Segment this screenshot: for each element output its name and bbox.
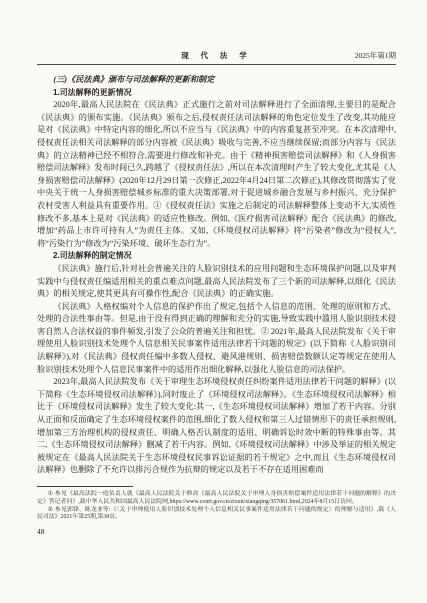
- footnote-2: ②参见郭锋、陈龙业等:《〈关于审理使用人脸识别技术处理个人信息相关民事案件适用法…: [37, 507, 396, 523]
- footnote-1-marker: ①: [48, 491, 53, 497]
- paragraph-3: 《民法典》人格权编对个人信息的保护作出了规定,包括个人信息的范围、处理的原则和方…: [37, 301, 396, 377]
- footnotes: ①参见《最高法院一庭负责人就《最高人民法院关于修改《最高人民法院关于审理人身损害…: [37, 491, 396, 522]
- paragraph-2: 《民法典》施行后,针对社会普遍关注的人脸识别技术的应用问题和生态环境保护问题,以…: [37, 263, 396, 301]
- footnote-separator: [37, 486, 133, 487]
- footnote-2-text: 参见郭锋、陈龙业等:《〈关于审理使用人脸识别技术处理个人信息相关民事案件适用法律…: [37, 507, 396, 521]
- sub-heading-2: 2.司法解释的制定情况: [37, 250, 396, 263]
- article-body: (三)《民法典》颁布与司法解释的更新和制定 1.司法解释的更新情况 2020年,…: [37, 74, 396, 477]
- sub-heading-1: 1.司法解释的更新情况: [37, 87, 396, 100]
- footnote-1-text: 参见《最高法院一庭负责人就《最高人民法院关于修改《最高人民法院关于审理人身损害赔…: [37, 491, 396, 505]
- issue-label: 2025年第1期: [355, 50, 396, 61]
- header-rule: [37, 64, 396, 65]
- footnote-2-marker: ②: [48, 507, 53, 513]
- running-head: 现 代 法 学 2025年第1期: [37, 50, 396, 61]
- paragraph-4: 2023年,最高人民法院发布《关于审理生态环境侵权责任纠纷案件适用法律若干问题的…: [37, 376, 396, 477]
- page-number: 48: [37, 527, 396, 536]
- section-heading: (三)《民法典》颁布与司法解释的更新和制定: [37, 74, 396, 87]
- journal-title: 现 代 法 学: [37, 50, 396, 61]
- footnote-1: ①参见《最高法院一庭负责人就《最高人民法院关于修改《最高人民法院关于审理人身损害…: [37, 491, 396, 507]
- journal-page: 现 代 法 学 2025年第1期 (三)《民法典》颁布与司法解释的更新和制定 1…: [0, 0, 427, 603]
- paragraph-1: 2020年,最高人民法院在《民法典》正式施行之前对司法解释进行了全面清理,主要目…: [37, 99, 396, 250]
